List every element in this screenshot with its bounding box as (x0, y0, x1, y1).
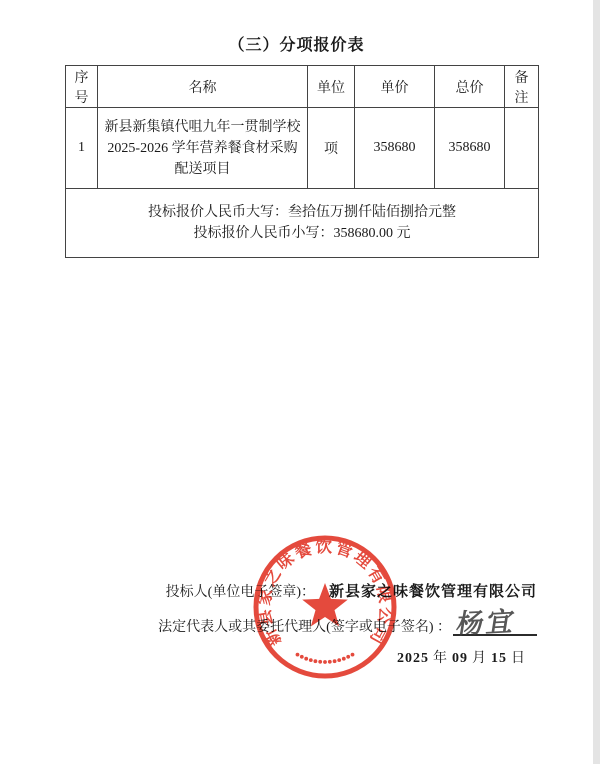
cell-unit: 项 (308, 108, 355, 189)
page-title: （三）分项报价表 (0, 32, 593, 55)
company-seal-stamp: 新县家之味餐饮管理有限公司 (250, 532, 400, 682)
date-day: 15 (491, 651, 507, 666)
signature-line: 杨宜 (453, 612, 537, 636)
table-header-row: 序号 名称 单位 单价 总价 备注 (66, 66, 539, 108)
cell-seq: 1 (66, 108, 98, 189)
cell-unit-price: 358680 (355, 108, 435, 189)
cell-total-price: 358680 (435, 108, 505, 189)
date-month: 09 (452, 651, 468, 666)
date-year-unit: 年 (433, 651, 448, 666)
date-year: 2025 (397, 651, 429, 666)
seal-star-icon (302, 583, 348, 626)
page-right-edge (593, 0, 600, 764)
handwritten-signature: 杨宜 (454, 599, 520, 642)
table-row: 1 新县新集镇代咀九年一贯制学校 2025-2026 学年营养餐食材采购配送项目… (66, 108, 539, 189)
col-header-remark: 备注 (505, 66, 539, 108)
seal-serial-dots (296, 653, 355, 664)
col-header-unit: 单位 (308, 66, 355, 108)
col-header-total-price: 总价 (435, 66, 505, 108)
cell-name: 新县新集镇代咀九年一贯制学校 2025-2026 学年营养餐食材采购配送项目 (98, 108, 308, 189)
document-page: （三）分项报价表 序号 名称 单位 单价 总价 备注 1 新县新集镇代咀九年一贯… (0, 0, 600, 764)
date-day-unit: 日 (511, 651, 526, 666)
col-header-seq: 序号 (66, 66, 98, 108)
date-line: 2025年09月15日 (395, 647, 528, 667)
table-summary-row: 投标报价人民币大写：叁拾伍万捌仟陆佰捌拾元整 投标报价人民币小写：358680.… (66, 189, 539, 258)
date-month-unit: 月 (472, 651, 487, 666)
quote-table: 序号 名称 单位 单价 总价 备注 1 新县新集镇代咀九年一贯制学校 2025-… (65, 65, 539, 258)
col-header-unit-price: 单价 (355, 66, 435, 108)
amount-lowercase: 投标报价人民币小写：358680.00 元 (70, 223, 534, 244)
amount-summary-cell: 投标报价人民币大写：叁拾伍万捌仟陆佰捌拾元整 投标报价人民币小写：358680.… (66, 189, 539, 258)
amount-uppercase: 投标报价人民币大写：叁拾伍万捌仟陆佰捌拾元整 (70, 202, 534, 223)
col-header-name: 名称 (98, 66, 308, 108)
cell-remark (505, 108, 539, 189)
